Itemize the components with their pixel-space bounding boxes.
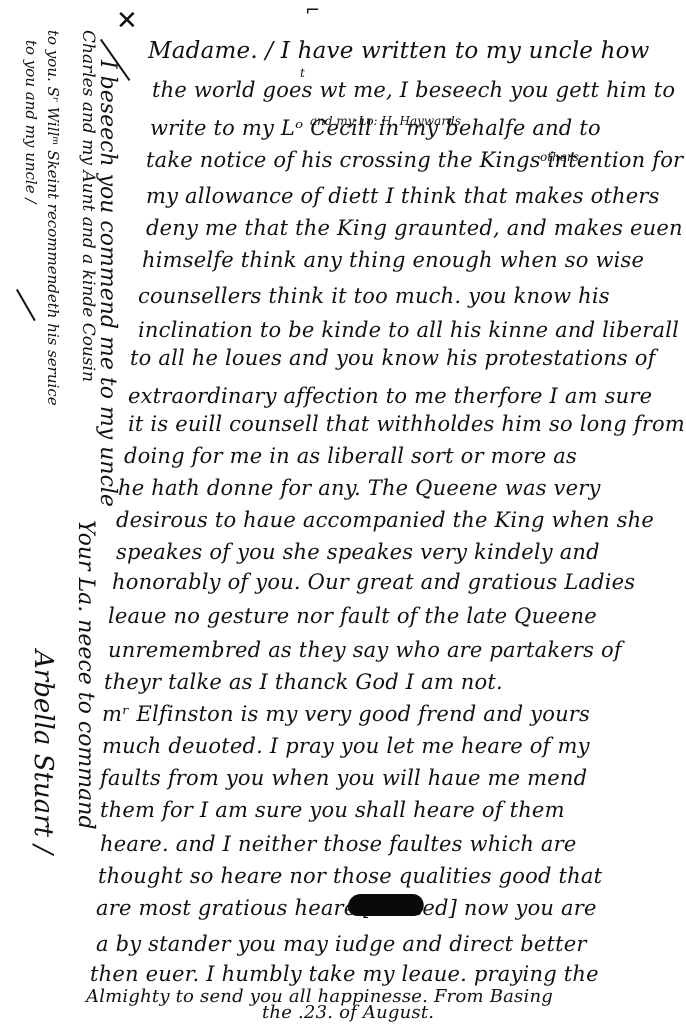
margin-note-1: I beseech you commend me to my uncle	[96, 60, 118, 507]
letter-line: heare. and I neither those faultes which…	[100, 834, 577, 855]
letter-text: write to my Lᵒ Cecill in my behalfe and …	[150, 116, 601, 140]
letter-line: a by stander you may iudge and direct be…	[96, 934, 587, 955]
letter-line: unremembred as they say who are partaker…	[108, 640, 622, 661]
letter-line: are most gratious heare [blotted] now yo…	[96, 898, 597, 919]
ink-blot	[346, 894, 427, 916]
letter-text: deny me that the King graunted, and make…	[146, 216, 683, 240]
letter-text: honorably of you. Our great and gratious…	[112, 570, 635, 594]
letter-text: then euer. I humbly take my leaue. prayi…	[90, 962, 599, 986]
letter-line: counsellers think it too much. you know …	[138, 286, 610, 307]
letter-text: thought so heare nor those qualities goo…	[98, 864, 602, 888]
letter-line: he hath donne for any. The Queene was ve…	[118, 478, 601, 499]
letter-line: doing for me in as liberall sort or more…	[124, 446, 577, 467]
letter-line: take notice of his crossing the Kings in…	[146, 150, 683, 171]
letter-line: speakes of you she speakes very kindely …	[116, 542, 600, 563]
letter-text: counsellers think it too much. you know …	[138, 284, 610, 308]
letter-text: speakes of you she speakes very kindely …	[116, 540, 600, 564]
letter-line: then euer. I humbly take my leaue. prayi…	[90, 964, 599, 985]
date-text: the .23. of August.	[262, 1002, 434, 1023]
letter-line: theyr talke as I thanck God I am not.	[104, 672, 503, 693]
letter-line: thought so heare nor those qualities goo…	[98, 866, 602, 887]
letter-line: deny me that the King graunted, and make…	[146, 218, 683, 239]
letter-text: desirous to haue accompanied the King wh…	[116, 508, 654, 532]
letter-line: himselfe think any thing enough when so …	[142, 250, 644, 271]
signature: Arbella Stuart /	[30, 650, 56, 854]
letter-line: it is euill counsell that withholdes him…	[128, 414, 685, 435]
letter-text: faults from you when you will haue me me…	[100, 766, 587, 790]
margin-note-3: to you. Sʳ Willᵐ Skeint recommendeth his…	[45, 30, 60, 406]
letter-line: inclination to be kinde to all his kinne…	[138, 320, 679, 341]
letter-line: desirous to haue accompanied the King wh…	[116, 510, 654, 531]
letter-line: honorably of you. Our great and gratious…	[112, 572, 635, 593]
letter-line: write to my Lᵒ Cecill in my behalfe and …	[150, 118, 601, 139]
margin-closing: Your La. neece to command	[74, 520, 96, 830]
letter-text: the world goes wt me, I beseech you gett…	[152, 78, 675, 102]
letter-text: it is euill counsell that withholdes him…	[128, 412, 685, 436]
letter-text: are most gratious heare [blotted] now yo…	[96, 896, 597, 920]
letter-text: to all he loues and you know his protest…	[130, 346, 656, 370]
insertion-caret-icon: ⌐	[305, 2, 320, 20]
letter-text: leaue no gesture nor fault of the late Q…	[108, 604, 597, 628]
letter-text: them for I am sure you shall heare of th…	[100, 798, 565, 822]
letter-text: Madame. / I have written to my uncle how	[148, 38, 650, 64]
letter-text: my allowance of diett I think that makes…	[146, 184, 660, 208]
letter-line: to all he loues and you know his protest…	[130, 348, 656, 369]
letter-text: he hath donne for any. The Queene was ve…	[118, 476, 601, 500]
letter-page: ✕ ⌐ t and my Lo: H. Haywards others Mada…	[0, 0, 686, 1024]
letter-line: leaue no gesture nor fault of the late Q…	[108, 606, 597, 627]
letter-text: heare. and I neither those faultes which…	[100, 832, 577, 856]
letter-text: himselfe think any thing enough when so …	[142, 248, 644, 272]
letter-text: much deuoted. I pray you let me heare of…	[102, 734, 590, 758]
letter-text: unremembred as they say who are partaker…	[108, 638, 622, 662]
letter-line: the world goes wt me, I beseech you gett…	[152, 80, 675, 101]
letter-text: a by stander you may iudge and direct be…	[96, 932, 587, 956]
letter-text: mʳ Elfinston is my very good frend and y…	[102, 702, 590, 726]
letter-line: faults from you when you will haue me me…	[100, 768, 587, 789]
dateline: the .23. of August.	[262, 1004, 434, 1022]
margin-note-4: to you and my uncle /	[23, 40, 38, 203]
letter-text: inclination to be kinde to all his kinne…	[138, 318, 679, 342]
letter-line: them for I am sure you shall heare of th…	[100, 800, 565, 821]
letter-text: extraordinary affection to me therfore I…	[128, 384, 652, 408]
letter-line: my allowance of diett I think that makes…	[146, 186, 660, 207]
letter-line: extraordinary affection to me therfore I…	[128, 386, 652, 407]
letter-line: much deuoted. I pray you let me heare of…	[102, 736, 590, 757]
margin-note-2: Charles and my Aunt and a kinde Cousin	[79, 30, 96, 382]
letter-line: mʳ Elfinston is my very good frend and y…	[102, 704, 590, 725]
letter-text: take notice of his crossing the Kings in…	[146, 148, 683, 172]
letter-text: doing for me in as liberall sort or more…	[124, 444, 577, 468]
letter-text: theyr talke as I thanck God I am not.	[104, 670, 503, 694]
letter-line: Madame. / I have written to my uncle how	[148, 40, 650, 63]
cross-mark-icon: ✕	[116, 8, 138, 34]
decorative-stroke	[16, 289, 36, 321]
